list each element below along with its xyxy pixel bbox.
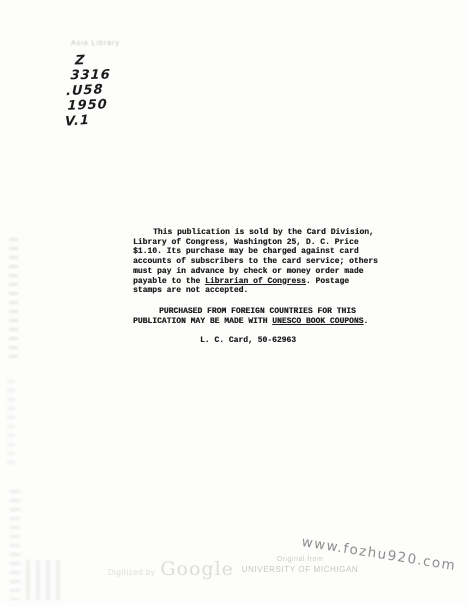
lc-card-number: L. C. Card, 50-62963 (200, 336, 296, 345)
library-stamp: Asia Library (71, 40, 120, 47)
bleed-through-marks (7, 380, 15, 470)
digitized-by-label: Digitized by (108, 568, 155, 577)
bleed-through-marks (10, 490, 20, 600)
unesco-book-coupons-underlined: UNESCO BOOK COUPONS (272, 317, 363, 326)
sale-notice-paragraph: This publication is sold by the Card Div… (133, 228, 380, 296)
call-number-line: .U58 (66, 82, 110, 99)
handwritten-call-number: Z 3316 .U58 1950 V.1 (65, 52, 112, 129)
bleed-through-marks (9, 238, 18, 358)
call-number-line: Z (75, 52, 112, 68)
bleed-through-marks (26, 560, 66, 600)
unesco-notice-text-tail: . (363, 317, 368, 326)
unesco-notice-paragraph: PURCHASED FROM FOREIGN COUNTRIES FOR THI… (133, 307, 380, 326)
institution-name: UNIVERSITY OF MICHIGAN (230, 565, 370, 574)
digitized-by-footer: Digitized by Google (108, 558, 234, 580)
librarian-of-congress-underlined: Librarian of Congress (205, 277, 306, 286)
original-from-footer: Original from UNIVERSITY OF MICHIGAN (230, 556, 370, 574)
call-number-line: 3316 (70, 68, 111, 84)
google-wordmark: Google (160, 558, 234, 580)
scanned-page: Asia Library Z 3316 .U58 1950 V.1 This p… (0, 0, 468, 606)
original-from-label: Original from (230, 556, 370, 563)
call-number-line: V.1 (65, 112, 109, 130)
